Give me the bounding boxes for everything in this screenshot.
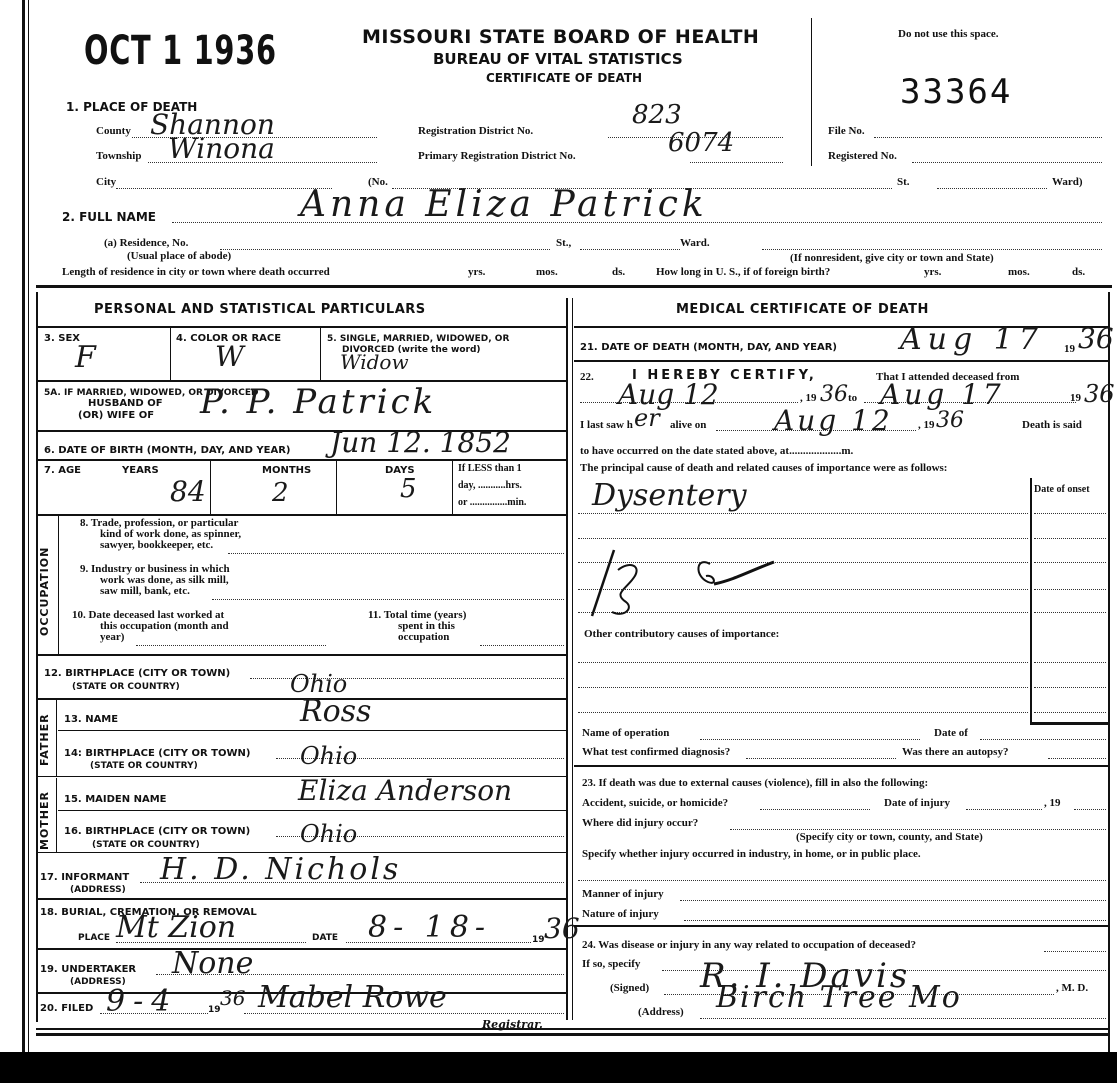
date-of-death-year-prefix: 19 — [1064, 343, 1075, 355]
sex-race-divider — [170, 328, 171, 380]
other-cause-line-3 — [578, 712, 1028, 713]
race-value: W — [215, 340, 244, 373]
age-months-value: 2 — [272, 478, 289, 508]
date-of-death-value: Aug 17 — [900, 322, 1044, 357]
office-use-divider — [811, 18, 812, 166]
principal-cause-label: The principal cause of death and related… — [580, 462, 947, 474]
left-border-inner — [28, 0, 29, 1052]
operation-date-line — [980, 739, 1106, 740]
ward-label: Ward) — [1052, 176, 1083, 188]
onset-column-divider — [1030, 478, 1032, 724]
physician-address-value: Birch Tree Mo — [716, 980, 962, 1015]
test-confirmed-label: What test confirmed diagnosis? — [582, 746, 730, 758]
informant-label: 17. INFORMANT — [40, 872, 129, 883]
township-value: Winona — [168, 132, 275, 165]
burial-year-prefix: 19 — [532, 935, 545, 945]
nonresident-note: (If nonresident, give city or town and S… — [790, 252, 994, 264]
father-side-divider — [56, 700, 57, 776]
external-causes-label: 23. If death was due to external causes … — [582, 777, 928, 789]
onset-line-2 — [1034, 538, 1106, 539]
filed-year-prefix: 19 — [208, 1005, 221, 1015]
informant-sub: (ADDRESS) — [70, 885, 126, 895]
registrar-signature: Mabel Rowe — [258, 980, 447, 1015]
age-days-value: 5 — [400, 474, 417, 504]
spouse-value: P. P. Patrick — [200, 382, 436, 422]
onset-line-6 — [1034, 662, 1106, 663]
township-label: Township — [96, 150, 141, 162]
onset-line-5 — [1034, 612, 1106, 613]
bottom-rule-1 — [36, 1028, 1108, 1030]
length-of-residence-label: Length of residence in city or town wher… — [62, 266, 330, 278]
date-of-injury-year-line — [1074, 809, 1106, 810]
principal-cause-value: Dysentery — [592, 478, 747, 513]
onset-line-3 — [1034, 562, 1106, 563]
bureau-title: BUREAU OF VITAL STATISTICS — [433, 50, 683, 68]
months-label: MONTHS — [262, 465, 311, 476]
time-of-death-label: to have occurred on the date stated abov… — [580, 445, 853, 457]
row-divider-6 — [38, 459, 566, 461]
alive-on-label: alive on — [670, 419, 706, 431]
foreign-yrs-label: yrs. — [924, 266, 941, 278]
registered-no-label: Registered No. — [828, 150, 897, 162]
q10-label: 10. Date deceased last worked at this oc… — [72, 610, 229, 643]
injury-location-line — [730, 829, 1106, 830]
age-divider-3 — [452, 460, 453, 514]
birthplace-sub: (STATE OR COUNTRY) — [72, 682, 180, 692]
physician-address-line — [700, 1018, 1106, 1019]
residence-st-label: St., — [556, 237, 571, 249]
cause-line-2 — [578, 538, 1028, 539]
attended-to-year-prefix: 19 — [1070, 392, 1081, 404]
injury-location-label: Where did injury occur? — [582, 817, 698, 829]
injury-setting-label: Specify whether injury occurred in indus… — [582, 848, 921, 860]
autopsy-label: Was there an autopsy? — [902, 746, 1008, 758]
last-saw-label: I last saw h — [580, 419, 633, 431]
age-divider-2 — [336, 460, 337, 514]
injury-setting-line — [578, 880, 1106, 881]
age-divider-1 — [210, 460, 211, 514]
spouse-husband-label: HUSBAND OF — [88, 398, 163, 409]
nature-of-injury-label: Nature of injury — [582, 908, 659, 920]
file-no-line — [874, 137, 1102, 138]
less-than-day-min: or ...............min. — [458, 497, 526, 508]
mother-birthplace-label: 16. BIRTHPLACE (CITY OR TOWN) — [64, 826, 250, 837]
foreign-birth-label: How long in U. S., if of foreign birth? — [656, 266, 830, 278]
certify-number: 22. — [580, 371, 594, 383]
usual-place-note: (Usual place of abode) — [127, 250, 231, 262]
attended-from-year-prefix: , 19 — [800, 392, 817, 404]
residence-mos-label: mos. — [536, 266, 558, 278]
father-birthplace-sub: (STATE OR COUNTRY) — [90, 761, 198, 771]
left-panel-border — [36, 292, 38, 1022]
undertaker-value: None — [172, 946, 253, 981]
onset-line-4 — [1034, 589, 1106, 590]
father-name-label: 13. NAME — [64, 714, 118, 725]
date-of-injury-label: Date of injury — [884, 797, 950, 809]
primary-registration-value: 6074 — [668, 128, 734, 158]
nonresident-line — [762, 249, 1102, 250]
signed-label: (Signed) — [610, 982, 649, 994]
q8-line — [228, 553, 564, 554]
medical-section-heading: MEDICAL CERTIFICATE OF DEATH — [676, 302, 929, 317]
q8-line-3: sawyer, bookkeeper, etc. — [80, 540, 241, 551]
office-use-note: Do not use this space. — [898, 28, 999, 40]
document-type: CERTIFICATE OF DEATH — [486, 71, 642, 85]
registered-no-line — [912, 162, 1102, 163]
alive-on-value: Aug 12 — [774, 404, 893, 437]
filed-label: 20. FILED — [40, 1003, 93, 1014]
row-divider-21 — [574, 360, 1108, 362]
ward-line — [937, 188, 1047, 189]
last-saw-pronoun: er — [634, 404, 660, 432]
row-divider-15 — [58, 810, 566, 811]
injury-location-hint: (Specify city or town, county, and State… — [796, 831, 983, 843]
q9-line-3: saw mill, bank, etc. — [80, 586, 230, 597]
bottom-rule-2 — [36, 1033, 1108, 1036]
other-cause-line-1 — [578, 662, 1028, 663]
mother-side-label: MOTHER — [38, 791, 51, 850]
father-birthplace-value: Ohio — [300, 742, 357, 770]
residence-yrs-label: yrs. — [468, 266, 485, 278]
dob-value: Jun 12. 1852 — [330, 426, 511, 459]
alive-on-year: 36 — [936, 408, 964, 433]
city-label: City — [96, 176, 116, 188]
residence-label: (a) Residence, No. — [104, 237, 188, 249]
date-of-death-label: 21. DATE OF DEATH (MONTH, DAY, AND YEAR) — [580, 342, 837, 353]
operation-date-label: Date of — [934, 727, 968, 739]
row-divider-23 — [574, 925, 1108, 927]
other-causes-label: Other contributory causes of importance: — [584, 628, 779, 640]
less-than-day-label: If LESS than 1 — [458, 463, 522, 474]
accident-label: Accident, suicide, or homicide? — [582, 797, 728, 809]
autopsy-line — [1048, 758, 1106, 759]
row-divider-7 — [38, 514, 566, 516]
q11-label: 11. Total time (years) spent in this occ… — [368, 610, 466, 643]
q10-line — [136, 645, 326, 646]
occupation-side-divider — [58, 516, 59, 654]
personal-section-heading: PERSONAL AND STATISTICAL PARTICULARS — [94, 302, 426, 317]
manner-of-injury-line — [680, 900, 1106, 901]
registration-district-label: Registration District No. — [418, 125, 533, 137]
accident-line — [760, 809, 870, 810]
burial-date-label: DATE — [312, 933, 338, 943]
q8-label: 8. Trade, profession, or particular kind… — [80, 518, 241, 551]
row-divider-17 — [36, 898, 566, 900]
street-st-label: St. — [897, 176, 910, 188]
other-cause-line-2 — [578, 687, 1028, 688]
md-label: , M. D. — [1056, 982, 1088, 994]
q11-line-3: occupation — [368, 632, 466, 643]
date-of-death-year: 36 — [1078, 322, 1114, 355]
registration-district-value: 823 — [632, 100, 682, 130]
cause-line-1 — [578, 513, 1028, 514]
onset-line-8 — [1034, 712, 1106, 713]
q10-line-2: this occupation (month and — [72, 621, 229, 632]
full-name-value: Anna Eliza Patrick — [300, 184, 708, 225]
less-than-day-hrs: day, ...........hrs. — [458, 480, 522, 491]
father-name-value: Ross — [300, 694, 371, 729]
undertaker-label: 19. UNDERTAKER — [40, 964, 136, 975]
mother-birthplace-sub: (STATE OR COUNTRY) — [92, 840, 200, 850]
filed-date-value: 9-4 — [106, 984, 178, 1019]
row-divider-22 — [574, 765, 1108, 767]
left-border — [22, 0, 25, 1052]
occupation-related-line — [1044, 951, 1106, 952]
q9-line — [212, 599, 564, 600]
burial-place-value: Mt Zion — [116, 910, 236, 945]
header-divider — [36, 285, 1112, 288]
burial-place-label: PLACE — [78, 933, 110, 943]
dob-label: 6. DATE OF BIRTH (MONTH, DAY, AND YEAR) — [44, 445, 291, 456]
certificate-number: 33364 — [900, 72, 1012, 112]
years-label: YEARS — [122, 465, 159, 476]
marital-value: Widow — [340, 350, 409, 374]
age-years-value: 84 — [170, 475, 206, 508]
if-so-specify-label: If so, specify — [582, 958, 640, 970]
mother-birthplace-value: Ohio — [300, 820, 357, 848]
mother-side-divider — [56, 778, 57, 852]
handwritten-mark — [584, 546, 784, 620]
residence-ward-label: Ward. — [680, 237, 710, 249]
q9-label: 9. Industry or business in which work wa… — [80, 564, 230, 597]
onset-column-bottom — [1030, 722, 1108, 725]
sex-value: F — [75, 340, 96, 375]
father-side-label: FATHER — [38, 713, 51, 766]
file-no-label: File No. — [828, 125, 865, 137]
primary-registration-label: Primary Registration District No. — [418, 150, 576, 162]
county-label: County — [96, 125, 131, 137]
onset-line-7 — [1034, 687, 1106, 688]
burial-year-value: 36 — [544, 912, 580, 945]
occupation-related-label: 24. Was disease or injury in any way rel… — [582, 939, 916, 951]
nature-of-injury-line — [684, 920, 1106, 921]
death-is-said-label: Death is said — [1022, 419, 1082, 431]
physician-address-label: (Address) — [638, 1006, 684, 1018]
death-certificate: OCT 1 1936 MISSOURI STATE BOARD OF HEALT… — [0, 0, 1117, 1052]
board-title: MISSOURI STATE BOARD OF HEALTH — [362, 26, 759, 48]
operation-line — [700, 739, 920, 740]
q10-line-3: year) — [72, 632, 229, 643]
q11-line — [480, 645, 564, 646]
mother-maiden-label: 15. MAIDEN NAME — [64, 794, 166, 805]
foreign-mos-label: mos. — [1008, 266, 1030, 278]
onset-line-1 — [1034, 513, 1106, 514]
residence-line — [220, 249, 550, 250]
date-of-onset-label: Date of onset — [1034, 484, 1090, 495]
marital-label: 5. SINGLE, MARRIED, WIDOWED, OR — [327, 334, 509, 344]
spouse-wife-label: (OR) WIFE OF — [78, 410, 154, 421]
date-of-injury-year: , 19 — [1044, 797, 1061, 809]
full-name-label: 2. FULL NAME — [62, 210, 156, 224]
operation-label: Name of operation — [582, 727, 669, 739]
race-marital-divider — [320, 328, 321, 380]
attended-to-label: to — [848, 392, 857, 404]
residence-ds-label: ds. — [612, 266, 625, 278]
received-stamp-date: OCT 1 1936 — [84, 28, 277, 74]
row-divider-13 — [58, 730, 566, 731]
residence-ward-line — [580, 249, 680, 250]
personal-heading-divider — [38, 326, 566, 328]
date-of-injury-line — [966, 809, 1042, 810]
attended-to-year: 36 — [1084, 380, 1115, 408]
attended-to-value: Aug 17 — [880, 378, 1005, 411]
age-label: 7. AGE — [44, 465, 81, 476]
row-divider-18 — [36, 948, 566, 950]
primary-registration-line — [690, 162, 783, 163]
alive-on-year-prefix: , 19 — [918, 419, 935, 431]
occupation-side-label: OCCUPATION — [38, 547, 51, 636]
birthplace-label: 12. BIRTHPLACE (CITY OR TOWN) — [44, 668, 230, 679]
informant-value: H. D. Nichols — [160, 852, 401, 887]
foreign-ds-label: ds. — [1072, 266, 1085, 278]
row-divider-occupation — [36, 654, 566, 656]
mother-maiden-value: Eliza Anderson — [298, 774, 512, 807]
test-confirmed-line — [746, 758, 896, 759]
father-birthplace-label: 14: BIRTHPLACE (CITY OR TOWN) — [64, 748, 250, 759]
filed-year-value: 36 — [220, 986, 245, 1010]
burial-date-value: 8- 18- — [368, 910, 491, 945]
manner-of-injury-label: Manner of injury — [582, 888, 664, 900]
